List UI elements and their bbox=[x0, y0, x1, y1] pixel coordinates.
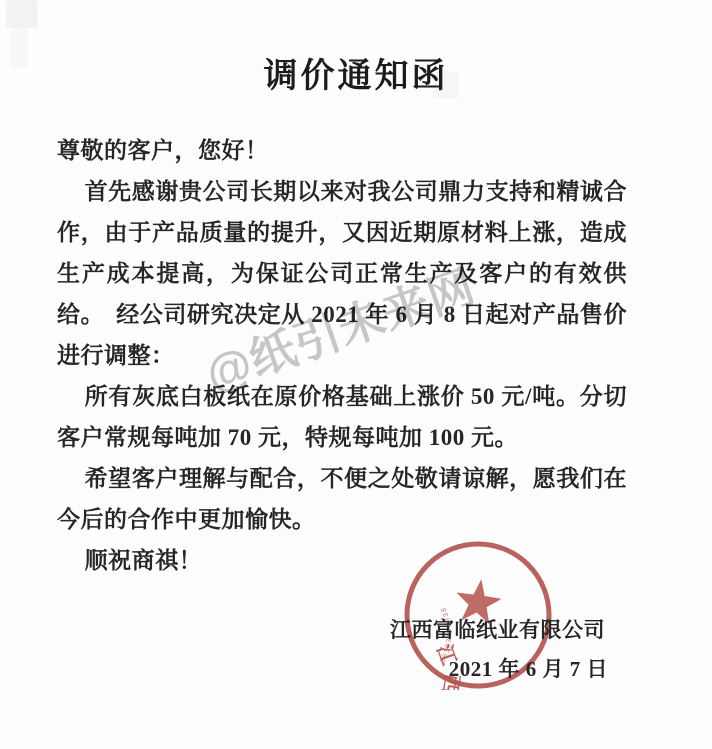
paragraph-price-details: 所有灰底白板纸在原价格基础上涨价 50 元/吨。分切客户常规每吨加 70 元，特… bbox=[57, 376, 627, 458]
scan-smudge bbox=[6, 0, 38, 28]
letter-title: 调价通知函 bbox=[0, 48, 712, 97]
scanned-letter-page: 调价通知函 尊敬的客户，您好！ 首先感谢贵公司长期以来对我公司鼎力支持和精诚合作… bbox=[0, 0, 712, 749]
signature-company-name: 江西富临纸业有限公司 bbox=[390, 614, 605, 644]
signature-date: 2021 年 6 月 7 日 bbox=[449, 653, 608, 683]
letter-body: 尊敬的客户，您好！ 首先感谢贵公司长期以来对我公司鼎力支持和精诚合作，由于产品质… bbox=[57, 130, 627, 581]
salutation-line: 尊敬的客户，您好！ bbox=[57, 130, 627, 171]
paragraph-price-reason: 首先感谢贵公司长期以来对我公司鼎力支持和精诚合作，由于产品质量的提升，又因近期原… bbox=[57, 171, 627, 376]
paragraph-apology: 希望客户理解与配合，不便之处敬请谅解，愿我们在今后的合作中更加愉快。 bbox=[57, 458, 627, 540]
